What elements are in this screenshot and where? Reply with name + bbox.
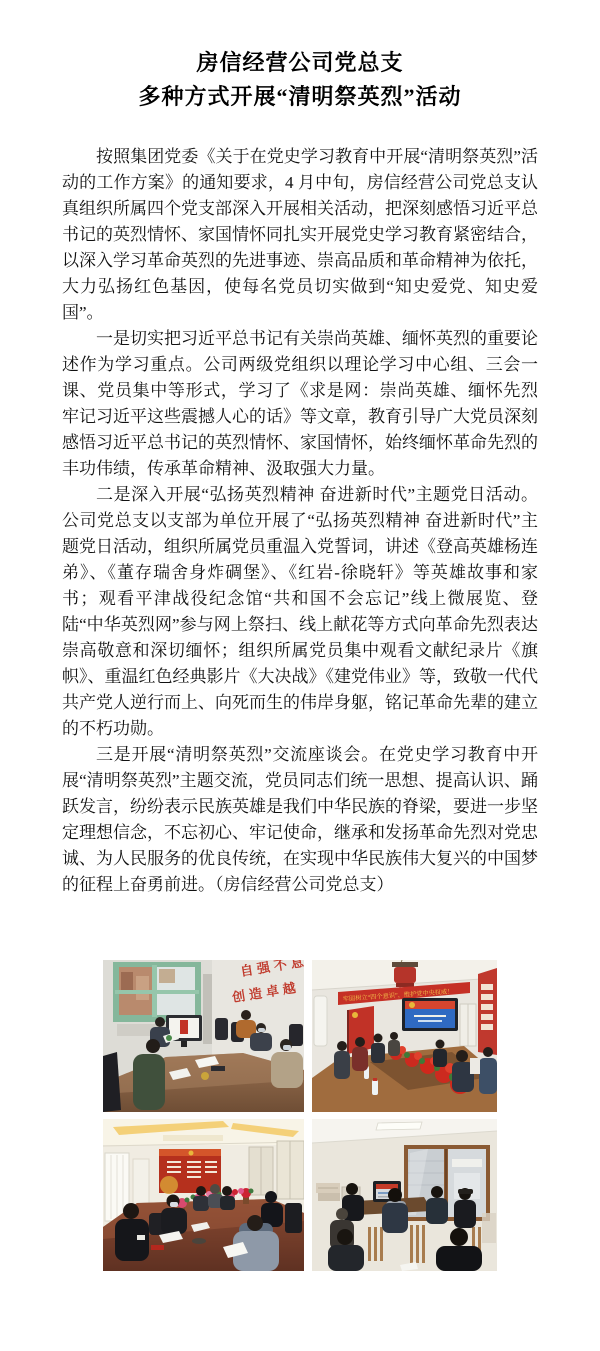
photo-office-screen-viewing-image <box>312 1119 497 1271</box>
paragraph-intro: 按照集团党委《关于在党史学习教育中开展“清明祭英烈”活动的工作方案》的通知要求，… <box>62 144 538 326</box>
title-line-1: 房信经营公司党总支 <box>0 46 600 80</box>
page-title: 房信经营公司党总支 多种方式开展“清明祭英烈”活动 <box>0 0 600 114</box>
photo-conference-room-banner: 牢固树立“四个意识”，维护党中央权威！ <box>312 960 497 1112</box>
photo-meeting-room-window: 自强不息 创造卓越 <box>103 960 304 1112</box>
paragraph-point-1: 一是切实把习近平总书记有关崇尚英雄、缅怀英烈的重要论述作为学习重点。公司两级党组… <box>62 326 538 482</box>
photo-meeting-room-flowers <box>103 1119 304 1271</box>
photo-grid: 自强不息 创造卓越 <box>103 960 497 1271</box>
photo-office-screen-viewing <box>312 1119 497 1271</box>
paragraph-point-2: 二是深入开展“弘扬英烈精神 奋进新时代”主题党日活动。公司党总支以支部为单位开展… <box>62 482 538 742</box>
document-page: 房信经营公司党总支 多种方式开展“清明祭英烈”活动 按照集团党委《关于在党史学习… <box>0 0 600 1351</box>
photo-meeting-room-window-image: 自强不息 创造卓越 <box>103 960 304 1112</box>
photo-conference-room-banner-image: 牢固树立“四个意识”，维护党中央权威！ <box>312 960 497 1112</box>
paragraph-point-3: 三是开展“清明祭英烈”交流座谈会。在党史学习教育中开展“清明祭英烈”主题交流，党… <box>62 742 538 898</box>
photo-meeting-room-flowers-image <box>103 1119 304 1271</box>
article-body: 按照集团党委《关于在党史学习教育中开展“清明祭英烈”活动的工作方案》的通知要求，… <box>62 144 538 898</box>
title-line-2: 多种方式开展“清明祭英烈”活动 <box>0 80 600 114</box>
